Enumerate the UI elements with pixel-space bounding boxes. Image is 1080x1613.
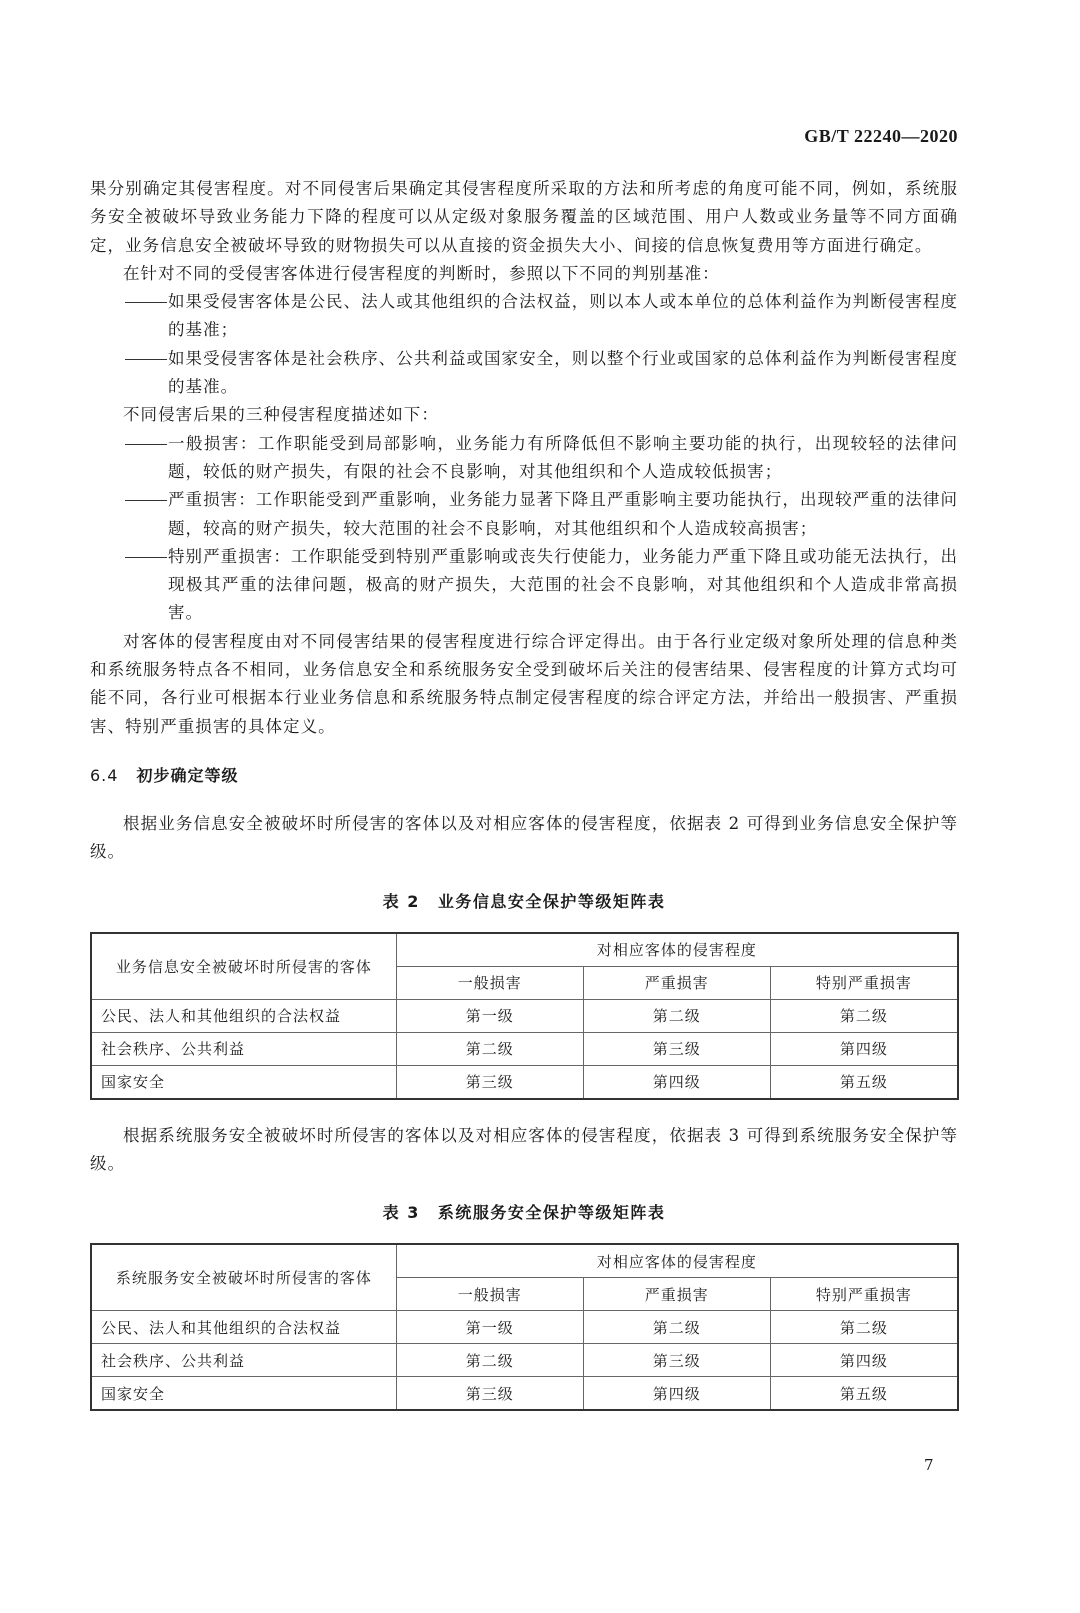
section-heading: 6.4初步确定等级 [90,763,958,786]
paragraph-table2-intro: 根据业务信息安全被破坏时所侵害的客体以及对相应客体的侵害程度，依据表 2 可得到… [90,810,958,867]
criteria-list: 如果受侵害客体是公民、法人或其他组织的合法权益，则以本人或本单位的总体利益作为判… [90,288,958,401]
table-row: 公民、法人和其他组织的合法权益 第一级 第二级 第二级 [91,1311,958,1344]
list-item: 一般损害：工作职能受到局部影响，业务能力有所降低但不影响主要功能的执行，出现较轻… [90,430,958,487]
table2-caption: 表 2业务信息安全保护等级矩阵表 [90,889,958,912]
table3-title: 系统服务安全保护等级矩阵表 [438,1203,666,1222]
table2-degree-header: 严重损害 [583,966,770,999]
table3-group-header: 对相应客体的侵害程度 [396,1244,958,1278]
paragraph-criteria-intro: 在针对不同的受侵害客体进行侵害程度的判断时，参照以下不同的判别基准： [90,260,958,288]
table2: 业务信息安全被破坏时所侵害的客体 对相应客体的侵害程度 一般损害 严重损害 特别… [90,932,959,1100]
paragraph-overall: 对客体的侵害程度由对不同侵害结果的侵害程度进行综合评定得出。由于各行业定级对象所… [90,628,958,741]
dash-icon [125,302,167,303]
table2-degree-header: 一般损害 [396,966,583,999]
degree-list: 一般损害：工作职能受到局部影响，业务能力有所降低但不影响主要功能的执行，出现较轻… [90,430,958,628]
table3: 系统服务安全被破坏时所侵害的客体 对相应客体的侵害程度 一般损害 严重损害 特别… [90,1243,959,1411]
table3-caption: 表 3系统服务安全保护等级矩阵表 [90,1200,958,1223]
list-item: 严重损害：工作职能受到严重影响，业务能力显著下降且严重影响主要功能执行，出现较严… [90,486,958,543]
dash-icon [125,500,167,501]
table2-group-header: 对相应客体的侵害程度 [396,933,958,967]
table2-subject-header: 业务信息安全被破坏时所侵害的客体 [91,933,396,1000]
table3-degree-header: 特别严重损害 [770,1278,958,1311]
table3-degree-header: 一般损害 [396,1278,583,1311]
list-item: 如果受侵害客体是社会秩序、公共利益或国家安全，则以整个行业或国家的总体利益作为判… [90,345,958,402]
page-number: 7 [924,1456,934,1474]
paragraph-degrees-intro: 不同侵害后果的三种侵害程度描述如下： [90,401,958,429]
page-content: 果分别确定其侵害程度。对不同侵害后果确定其侵害程度所采取的方法和所考虑的角度可能… [90,175,958,1411]
table2-title: 业务信息安全保护等级矩阵表 [438,892,666,911]
table3-subject-header: 系统服务安全被破坏时所侵害的客体 [91,1244,396,1311]
table3-number: 表 3 [383,1203,420,1222]
dash-icon [125,557,167,558]
list-item: 特别严重损害：工作职能受到特别严重影响或丧失行使能力，业务能力严重下降且或功能无… [90,543,958,628]
table-row: 公民、法人和其他组织的合法权益 第一级 第二级 第二级 [91,999,958,1032]
paragraph-continued: 果分别确定其侵害程度。对不同侵害后果确定其侵害程度所采取的方法和所考虑的角度可能… [90,175,958,260]
table-row: 国家安全 第三级 第四级 第五级 [91,1065,958,1099]
standard-code: GB/T 22240—2020 [804,126,958,147]
table-row: 国家安全 第三级 第四级 第五级 [91,1377,958,1411]
list-item: 如果受侵害客体是公民、法人或其他组织的合法权益，则以本人或本单位的总体利益作为判… [90,288,958,345]
dash-icon [125,444,167,445]
section-number: 6.4 [90,766,118,785]
table-row: 社会秩序、公共利益 第二级 第三级 第四级 [91,1344,958,1377]
table-row: 社会秩序、公共利益 第二级 第三级 第四级 [91,1032,958,1065]
paragraph-table3-intro: 根据系统服务安全被破坏时所侵害的客体以及对相应客体的侵害程度，依据表 3 可得到… [90,1122,958,1179]
dash-icon [125,359,167,360]
table2-number: 表 2 [383,892,420,911]
section-title: 初步确定等级 [136,766,238,785]
table2-degree-header: 特别严重损害 [770,966,958,999]
table3-degree-header: 严重损害 [583,1278,770,1311]
